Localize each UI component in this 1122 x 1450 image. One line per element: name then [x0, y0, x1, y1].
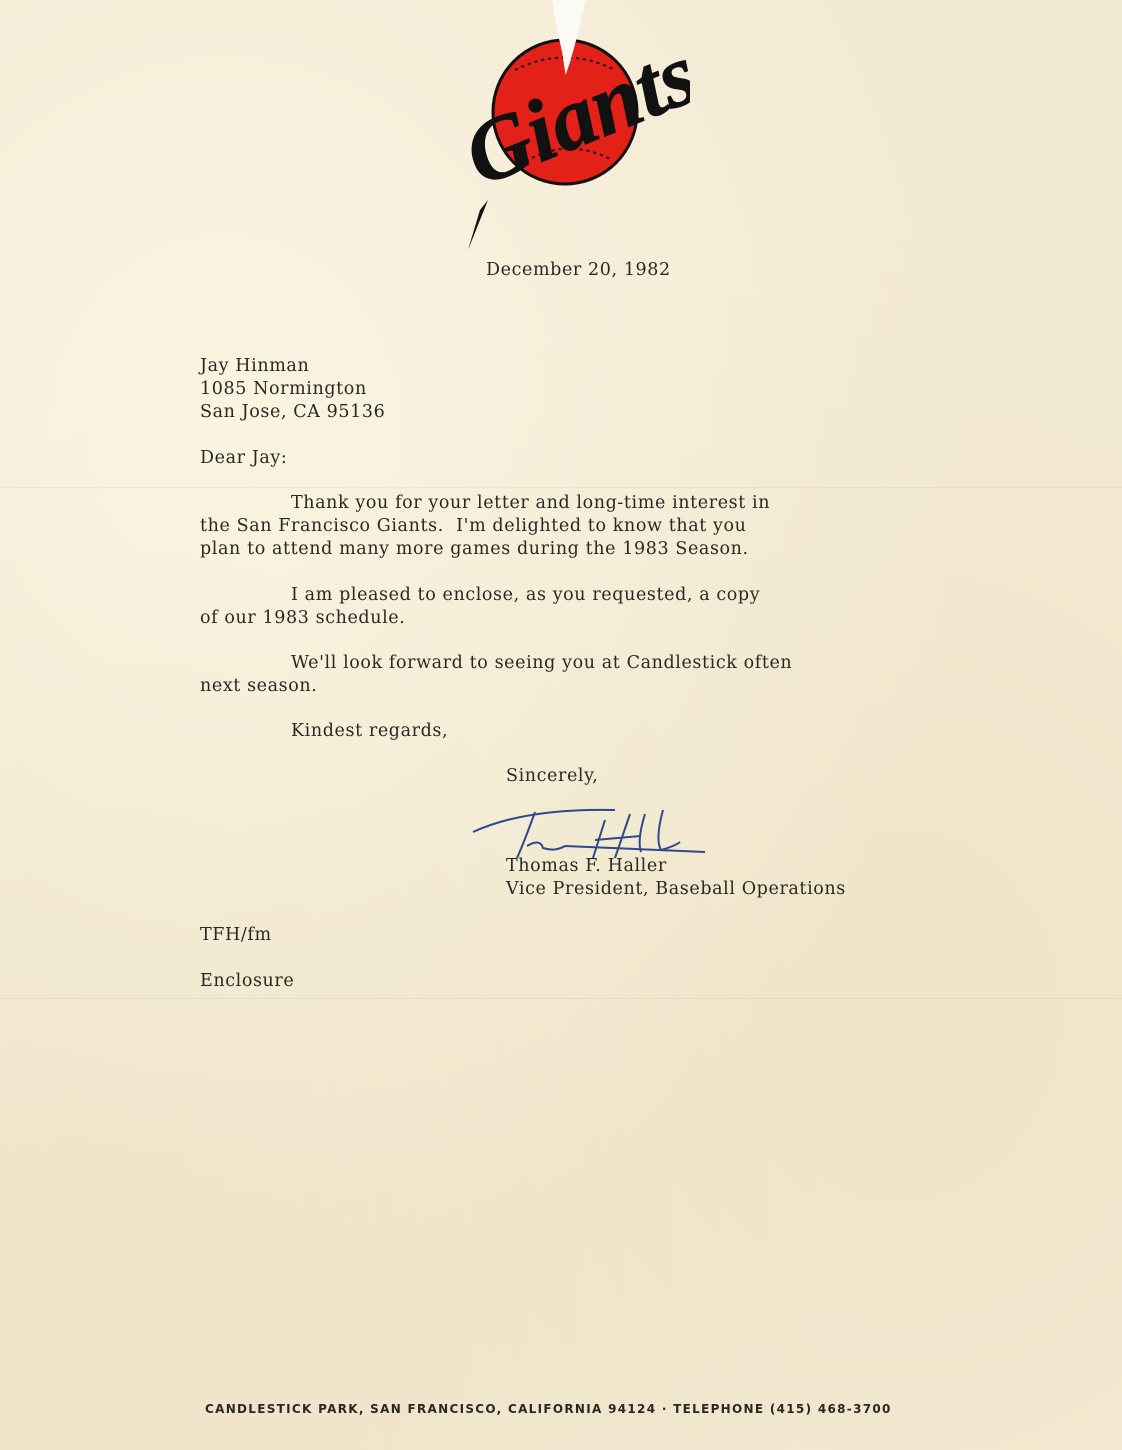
signer-name: Thomas F. Haller: [506, 855, 846, 878]
paragraph-line: I am pleased to enclose, as you requeste…: [200, 584, 760, 607]
paragraph-1: Thank you for your letter and long-time …: [200, 492, 770, 561]
paragraph-2: I am pleased to enclose, as you requeste…: [200, 584, 760, 630]
signer-block: Thomas F. HallerVice President, Baseball…: [506, 855, 846, 901]
paper-fold-line: [0, 487, 1122, 489]
paragraph-line: next season.: [200, 675, 792, 698]
regards-line: Kindest regards,: [291, 720, 448, 743]
recipient-name: Jay Hinman: [200, 355, 385, 378]
enclosure-note: Enclosure: [200, 970, 294, 993]
letterhead-footer: CANDLESTICK PARK, SAN FRANCISCO, CALIFOR…: [205, 1402, 892, 1416]
recipient-street: 1085 Normington: [200, 378, 385, 401]
closing: Sincerely,: [506, 765, 598, 788]
paragraph-line: Thank you for your letter and long-time …: [200, 492, 770, 515]
signer-title: Vice President, Baseball Operations: [506, 878, 846, 901]
paragraph-line: of our 1983 schedule.: [200, 607, 760, 630]
letter-date: December 20, 1982: [486, 259, 671, 282]
paragraph-line: plan to attend many more games during th…: [200, 538, 770, 561]
paragraph-3: We'll look forward to seeing you at Cand…: [200, 652, 792, 698]
paper-fold-line: [0, 998, 1122, 1000]
paragraph-line: the San Francisco Giants. I'm delighted …: [200, 515, 770, 538]
reference-initials: TFH/fm: [200, 924, 272, 947]
salutation: Dear Jay:: [200, 447, 287, 470]
paragraph-line: We'll look forward to seeing you at Cand…: [200, 652, 792, 675]
recipient-city: San Jose, CA 95136: [200, 401, 385, 424]
recipient-address: Jay Hinman1085 NormingtonSan Jose, CA 95…: [200, 355, 385, 424]
